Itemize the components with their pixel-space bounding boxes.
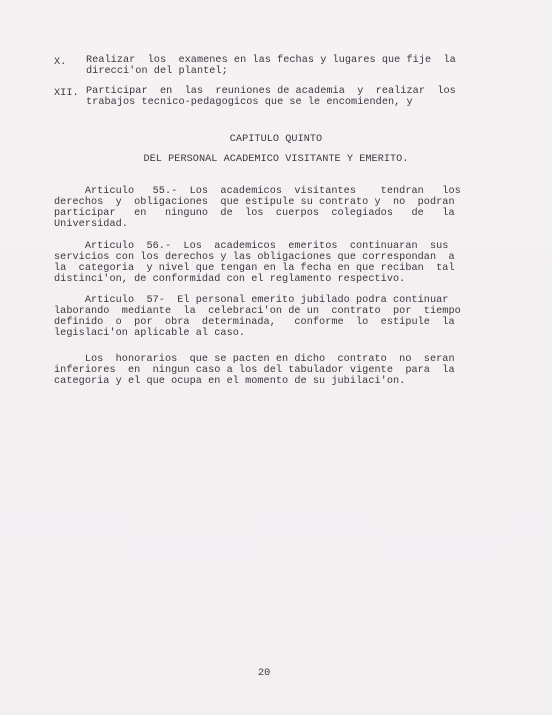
article-55-line-2: derechos y obligaciones que estipule su … bbox=[54, 197, 455, 208]
honorarios-line-1: Los honorarios que se pacten en dicho co… bbox=[54, 354, 455, 365]
article-55-line-3: participar en ninguno de los cuerpos col… bbox=[54, 208, 455, 219]
article-55-line-1: Articulo 55.- Los academicos visitantes … bbox=[54, 186, 461, 197]
article-57-line-4: legislaci'on aplicable al caso. bbox=[54, 328, 245, 339]
item-x-line-2: direcci'on del plantel; bbox=[86, 66, 228, 77]
article-56-line-3: la categoria y nivel que tengan en la fe… bbox=[54, 263, 455, 274]
chapter-title: CAPITULO QUINTO bbox=[0, 134, 552, 145]
article-57-line-1: Articulo 57- El personal emerito jubilad… bbox=[54, 295, 448, 306]
page-number: 20 bbox=[258, 668, 270, 679]
item-number-x: X. bbox=[54, 57, 66, 68]
article-57-line-2: laborando mediante la celebraci'on de un… bbox=[54, 306, 461, 317]
article-56-line-4: distinci'on, de conformidad con el regla… bbox=[54, 274, 405, 285]
item-number-xii: XII. bbox=[54, 88, 79, 99]
honorarios-line-3: categoria y el que ocupa en el momento d… bbox=[54, 376, 405, 387]
chapter-subtitle: DEL PERSONAL ACADEMICO VISITANTE Y EMERI… bbox=[0, 154, 552, 165]
article-55-line-4: Universidad. bbox=[54, 219, 128, 230]
item-x-line-1: Realizar los examenes en las fechas y lu… bbox=[86, 55, 456, 66]
article-56-line-2: servicios con los derechos y las obligac… bbox=[54, 252, 455, 263]
honorarios-line-2: inferiores en ningun caso a los del tabu… bbox=[54, 365, 455, 376]
article-57-line-3: definido o por obra determinada, conform… bbox=[54, 317, 455, 328]
item-xii-line-1: Participar en las reuniones de academia … bbox=[86, 86, 456, 97]
document-page: X. Realizar los examenes en las fechas y… bbox=[0, 0, 552, 715]
article-56-line-1: Articulo 56.- Los academicos emeritos co… bbox=[54, 241, 448, 252]
item-xii-line-2: trabajos tecnico-pedagogicos que se le e… bbox=[86, 97, 413, 108]
